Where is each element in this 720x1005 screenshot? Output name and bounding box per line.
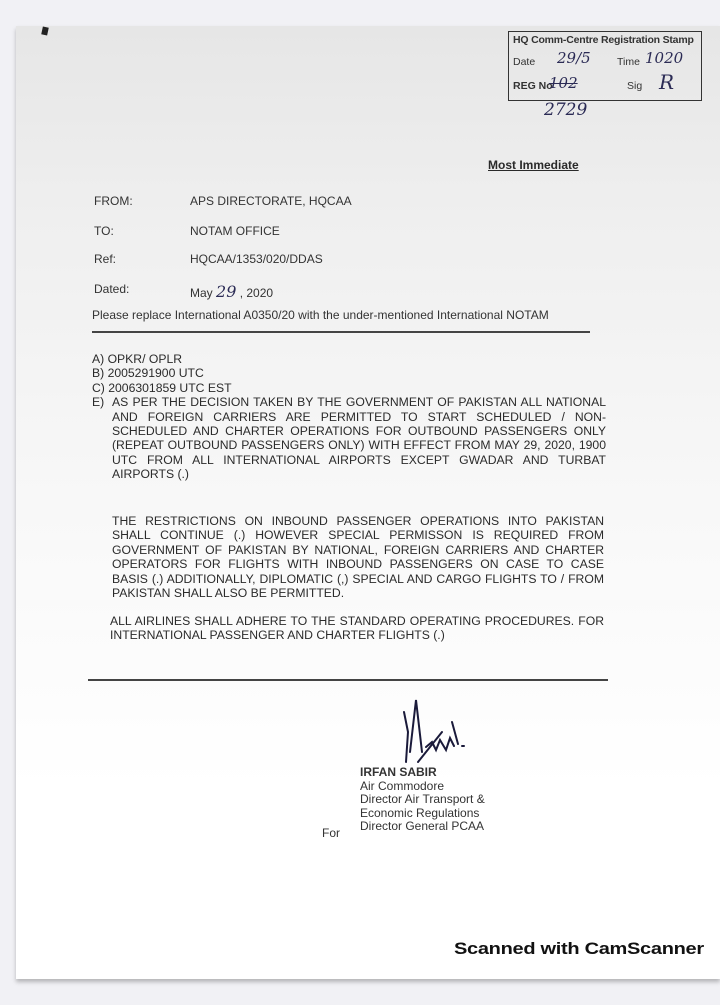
intro-line: Please replace International A0350/20 wi… [92,308,549,322]
signatory-title-2: Economic Regulations [360,807,485,821]
to-label: TO: [94,224,184,238]
notam-field-e: E) AS PER THE DECISION TAKEN BY THE GOVE… [92,395,606,481]
from-value: APS DIRECTORATE, HQCAA [190,194,352,208]
stamp-sig-value: R [659,70,674,94]
notam-field-e-text: AS PER THE DECISION TAKEN BY THE GOVERNM… [112,395,606,481]
dated-day: 29 [216,282,236,301]
handwritten-reg-number: 2729 [544,100,587,120]
stamp-title: HQ Comm-Centre Registration Stamp [513,34,694,46]
signature-icon [392,692,482,772]
stamp-sig-label: Sig [627,80,642,92]
divider-top [92,331,590,333]
registration-stamp: HQ Comm-Centre Registration Stamp Date 2… [508,31,702,101]
from-label: FROM: [94,194,184,208]
signatory-rank: Air Commodore [360,780,485,794]
notam-field-a: A) OPKR/ OPLR [92,352,606,366]
stamp-reg-label: REG No [513,80,553,92]
document-page: HQ Comm-Centre Registration Stamp Date 2… [16,26,720,979]
stamp-reg-value: 102 [549,74,578,92]
dated-value: May 29 , 2020 [190,282,273,301]
dated-month: May [190,286,213,300]
signature-block: IRFAN SABIR Air Commodore Director Air T… [360,766,485,834]
signatory-on-behalf: Director General PCAA [360,820,485,834]
signatory-name: IRFAN SABIR [360,766,485,780]
signatory-title-1: Director Air Transport & [360,793,485,807]
dated-year: , 2020 [240,286,273,300]
scanner-watermark: Scanned with CamScanner [454,940,720,960]
stamp-date-value: 29/5 [557,49,591,67]
to-value: NOTAM OFFICE [190,224,280,238]
stamp-time-label: Time [617,56,640,68]
stamp-date-label: Date [513,56,535,68]
ref-value: HQCAA/1353/020/DDAS [190,252,323,266]
notam-fields: A) OPKR/ OPLR B) 2005291900 UTC C) 20063… [92,352,606,482]
divider-bottom [88,679,608,681]
notam-field-c: C) 2006301859 UTC EST [92,381,606,395]
notam-field-b: B) 2005291900 UTC [92,366,606,380]
for-label: For [322,826,340,840]
restrictions-paragraph: THE RESTRICTIONS ON INBOUND PASSENGER OP… [112,514,604,600]
notam-field-e-prefix: E) [92,395,112,481]
stamp-time-value: 1020 [645,49,683,67]
priority-label: Most Immediate [488,158,579,172]
ref-label: Ref: [94,252,184,266]
dated-label: Dated: [94,282,184,296]
sop-paragraph: ALL AIRLINES SHALL ADHERE TO THE STANDAR… [110,614,604,643]
scan-mark [41,26,49,35]
